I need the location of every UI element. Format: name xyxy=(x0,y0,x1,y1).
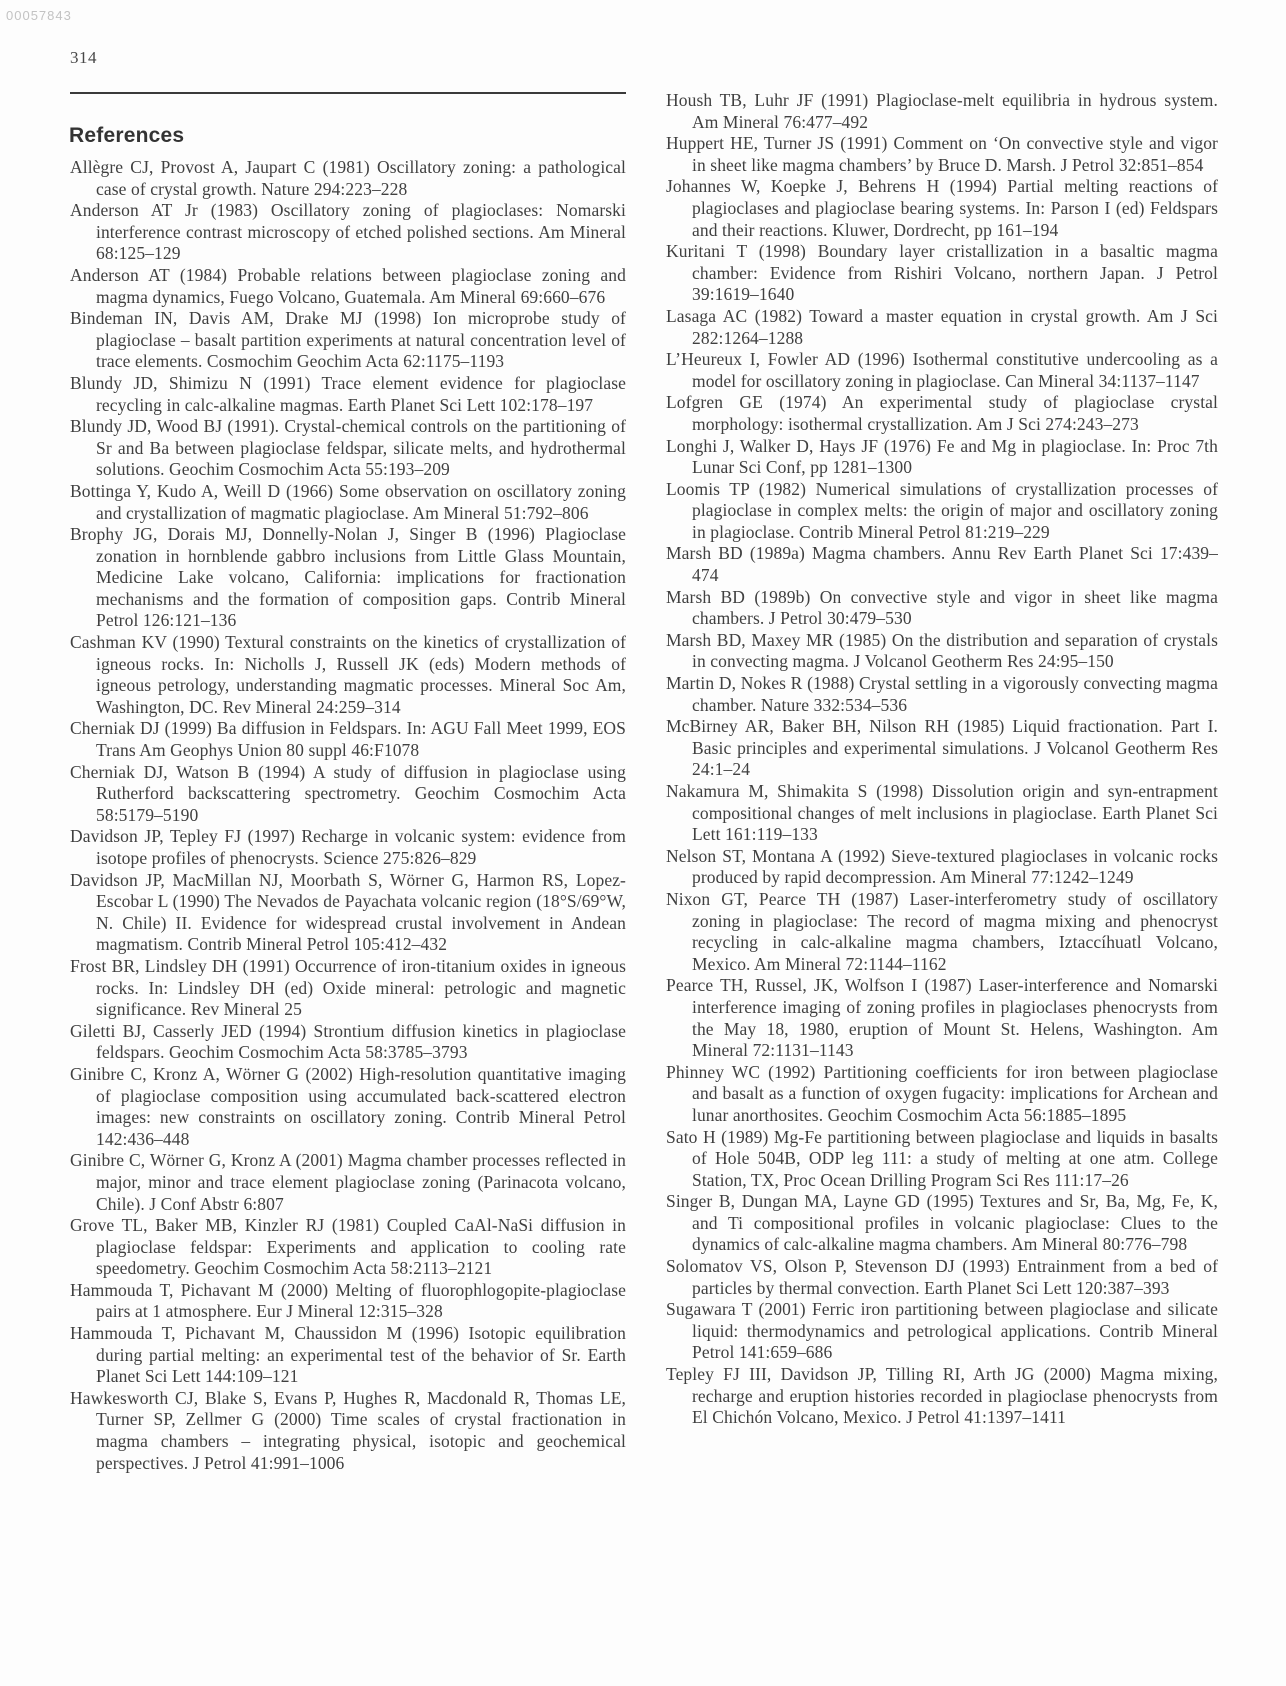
reference-entry: Ginibre C, Kronz A, Wörner G (2002) High… xyxy=(70,1064,626,1150)
reference-entry: Giletti BJ, Casserly JED (1994) Strontiu… xyxy=(70,1021,626,1064)
references-column-right: Housh TB, Luhr JF (1991) Plagioclase-mel… xyxy=(666,90,1218,1429)
reference-entry: Bindeman IN, Davis AM, Drake MJ (1998) I… xyxy=(70,308,626,373)
reference-entry: Hammouda T, Pichavant M, Chaussidon M (1… xyxy=(70,1323,626,1388)
reference-entry: Housh TB, Luhr JF (1991) Plagioclase-mel… xyxy=(666,90,1218,133)
reference-entry: Allègre CJ, Provost A, Jaupart C (1981) … xyxy=(70,157,626,200)
references-heading: References xyxy=(69,124,184,148)
reference-entry: Sugawara T (2001) Ferric iron partitioni… xyxy=(666,1299,1218,1364)
reference-entry: Cherniak DJ, Watson B (1994) A study of … xyxy=(70,762,626,827)
reference-entry: Marsh BD (1989a) Magma chambers. Annu Re… xyxy=(666,543,1218,586)
reference-entry: Huppert HE, Turner JS (1991) Comment on … xyxy=(666,133,1218,176)
reference-entry: Brophy JG, Dorais MJ, Donnelly-Nolan J, … xyxy=(70,524,626,632)
reference-entry: Marsh BD (1989b) On convective style and… xyxy=(666,587,1218,630)
reference-entry: Nelson ST, Montana A (1992) Sieve-textur… xyxy=(666,846,1218,889)
reference-entry: Martin D, Nokes R (1988) Crystal settlin… xyxy=(666,673,1218,716)
reference-entry: Singer B, Dungan MA, Layne GD (1995) Tex… xyxy=(666,1191,1218,1256)
reference-entry: Ginibre C, Wörner G, Kronz A (2001) Magm… xyxy=(70,1150,626,1215)
reference-entry: Kuritani T (1998) Boundary layer cristal… xyxy=(666,241,1218,306)
references-column-left: Allègre CJ, Provost A, Jaupart C (1981) … xyxy=(70,157,626,1474)
reference-entry: Lasaga AC (1982) Toward a master equatio… xyxy=(666,306,1218,349)
reference-entry: Sato H (1989) Mg-Fe partitioning between… xyxy=(666,1127,1218,1192)
reference-entry: Davidson JP, MacMillan NJ, Moorbath S, W… xyxy=(70,870,626,956)
reference-entry: Nakamura M, Shimakita S (1998) Dissoluti… xyxy=(666,781,1218,846)
reference-entry: Cashman KV (1990) Textural constraints o… xyxy=(70,632,626,718)
reference-entry: Blundy JD, Wood BJ (1991). Crystal-chemi… xyxy=(70,416,626,481)
reference-entry: Davidson JP, Tepley FJ (1997) Recharge i… xyxy=(70,826,626,869)
reference-entry: L’Heureux I, Fowler AD (1996) Isothermal… xyxy=(666,349,1218,392)
reference-entry: Marsh BD, Maxey MR (1985) On the distrib… xyxy=(666,630,1218,673)
reference-entry: Hammouda T, Pichavant M (2000) Melting o… xyxy=(70,1280,626,1323)
reference-entry: Anderson AT (1984) Probable relations be… xyxy=(70,265,626,308)
section-divider-rule xyxy=(70,92,626,94)
reference-entry: Tepley FJ III, Davidson JP, Tilling RI, … xyxy=(666,1364,1218,1429)
scan-id-watermark: 00057843 xyxy=(6,8,72,23)
reference-entry: Longhi J, Walker D, Hays JF (1976) Fe an… xyxy=(666,436,1218,479)
reference-entry: Anderson AT Jr (1983) Oscillatory zoning… xyxy=(70,200,626,265)
reference-entry: Bottinga Y, Kudo A, Weill D (1966) Some … xyxy=(70,481,626,524)
reference-entry: McBirney AR, Baker BH, Nilson RH (1985) … xyxy=(666,716,1218,781)
reference-entry: Frost BR, Lindsley DH (1991) Occurrence … xyxy=(70,956,626,1021)
reference-entry: Lofgren GE (1974) An experimental study … xyxy=(666,392,1218,435)
reference-entry: Cherniak DJ (1999) Ba diffusion in Felds… xyxy=(70,718,626,761)
reference-entry: Johannes W, Koepke J, Behrens H (1994) P… xyxy=(666,176,1218,241)
reference-entry: Pearce TH, Russel, JK, Wolfson I (1987) … xyxy=(666,975,1218,1061)
reference-entry: Blundy JD, Shimizu N (1991) Trace elemen… xyxy=(70,373,626,416)
reference-entry: Grove TL, Baker MB, Kinzler RJ (1981) Co… xyxy=(70,1215,626,1280)
reference-entry: Nixon GT, Pearce TH (1987) Laser-interfe… xyxy=(666,889,1218,975)
reference-entry: Loomis TP (1982) Numerical simulations o… xyxy=(666,479,1218,544)
reference-entry: Hawkesworth CJ, Blake S, Evans P, Hughes… xyxy=(70,1388,626,1474)
reference-entry: Phinney WC (1992) Partitioning coefficie… xyxy=(666,1062,1218,1127)
page-number: 314 xyxy=(70,48,97,68)
reference-entry: Solomatov VS, Olson P, Stevenson DJ (199… xyxy=(666,1256,1218,1299)
